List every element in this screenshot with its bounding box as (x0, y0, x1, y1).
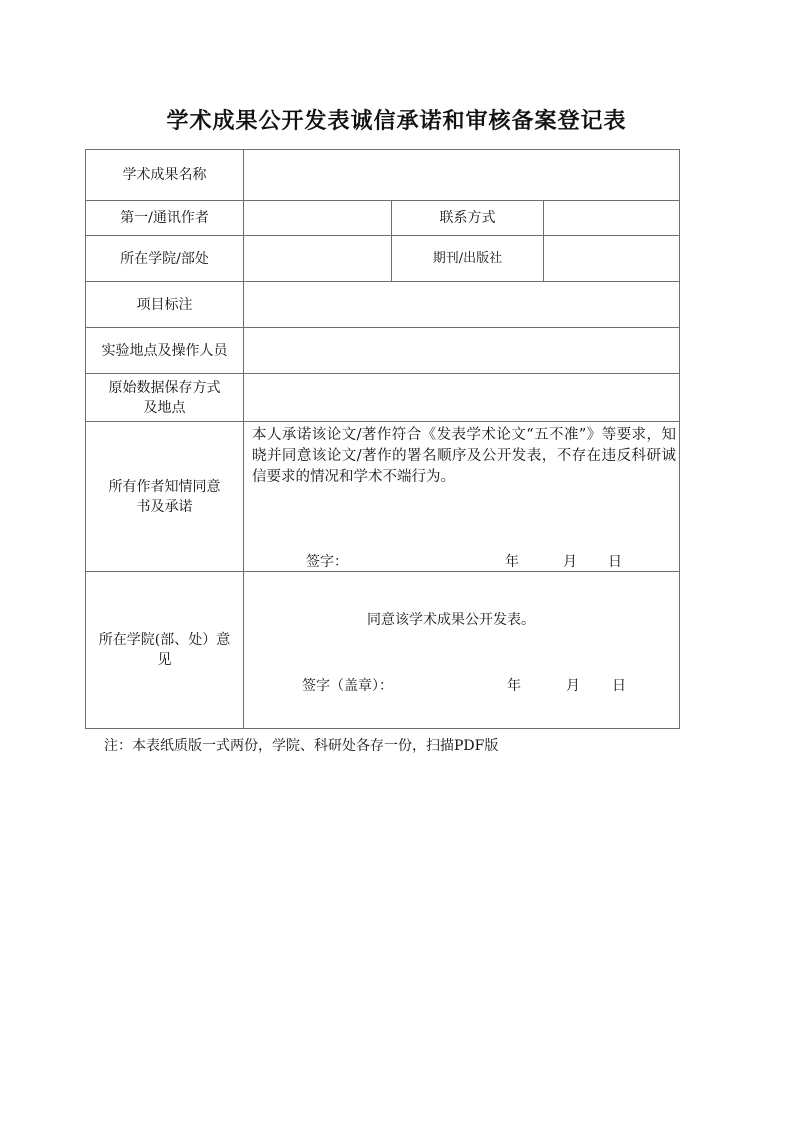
consent-label: 所有作者知情同意 书及承诺 (86, 422, 243, 571)
contact-field[interactable] (544, 201, 679, 235)
journal-field[interactable] (544, 236, 679, 281)
opinion-statement: 同意该学术成果公开发表。 (367, 609, 535, 629)
footnote: 注：本表纸质版一式两份，学院、科研处各存一份，扫描PDF版 (104, 735, 498, 755)
author-field[interactable] (244, 201, 391, 235)
opinion-label-line1: 所在学院(部、处）意 (99, 630, 230, 650)
consent-label-line1: 所有作者知情同意 (109, 477, 221, 497)
opinion-label-line2: 见 (158, 650, 172, 670)
opinion-day-label: 日 (612, 675, 626, 695)
pledge-text: 本人承诺该论文/著作符合《发表学术论文“五不准”》等要求，知晓并同意该论文/著作… (252, 425, 676, 488)
experiment-label: 实验地点及操作人员 (86, 328, 243, 373)
opinion-month-label: 月 (566, 675, 580, 695)
journal-label: 期刊/出版社 (392, 236, 543, 281)
table-border (85, 728, 680, 729)
consent-year-label: 年 (505, 551, 519, 571)
raw-data-field[interactable] (244, 374, 679, 421)
raw-data-label-line2: 及地点 (144, 398, 186, 418)
raw-data-label: 原始数据保存方式 及地点 (86, 374, 243, 421)
experiment-field[interactable] (244, 328, 679, 373)
page-title: 学术成果公开发表诚信承诺和审核备案登记表 (0, 104, 793, 135)
consent-label-line2: 书及承诺 (137, 497, 193, 517)
opinion-year-label: 年 (507, 675, 521, 695)
college-label: 所在学院/部处 (86, 236, 243, 281)
achievement-name-field[interactable] (244, 150, 679, 200)
college-field[interactable] (244, 236, 391, 281)
achievement-name-label: 学术成果名称 (86, 150, 243, 200)
author-label: 第一/通讯作者 (86, 201, 243, 235)
consent-sign-label: 签字： (306, 551, 348, 571)
table-border (679, 149, 680, 729)
consent-day-label: 日 (608, 551, 622, 571)
project-label: 项目标注 (86, 282, 243, 327)
project-field[interactable] (244, 282, 679, 327)
consent-month-label: 月 (563, 551, 577, 571)
opinion-label: 所在学院(部、处）意 见 (86, 572, 243, 728)
opinion-sign-label: 签字（盖章）： (302, 675, 393, 695)
raw-data-label-line1: 原始数据保存方式 (109, 378, 221, 398)
contact-label: 联系方式 (392, 201, 543, 235)
